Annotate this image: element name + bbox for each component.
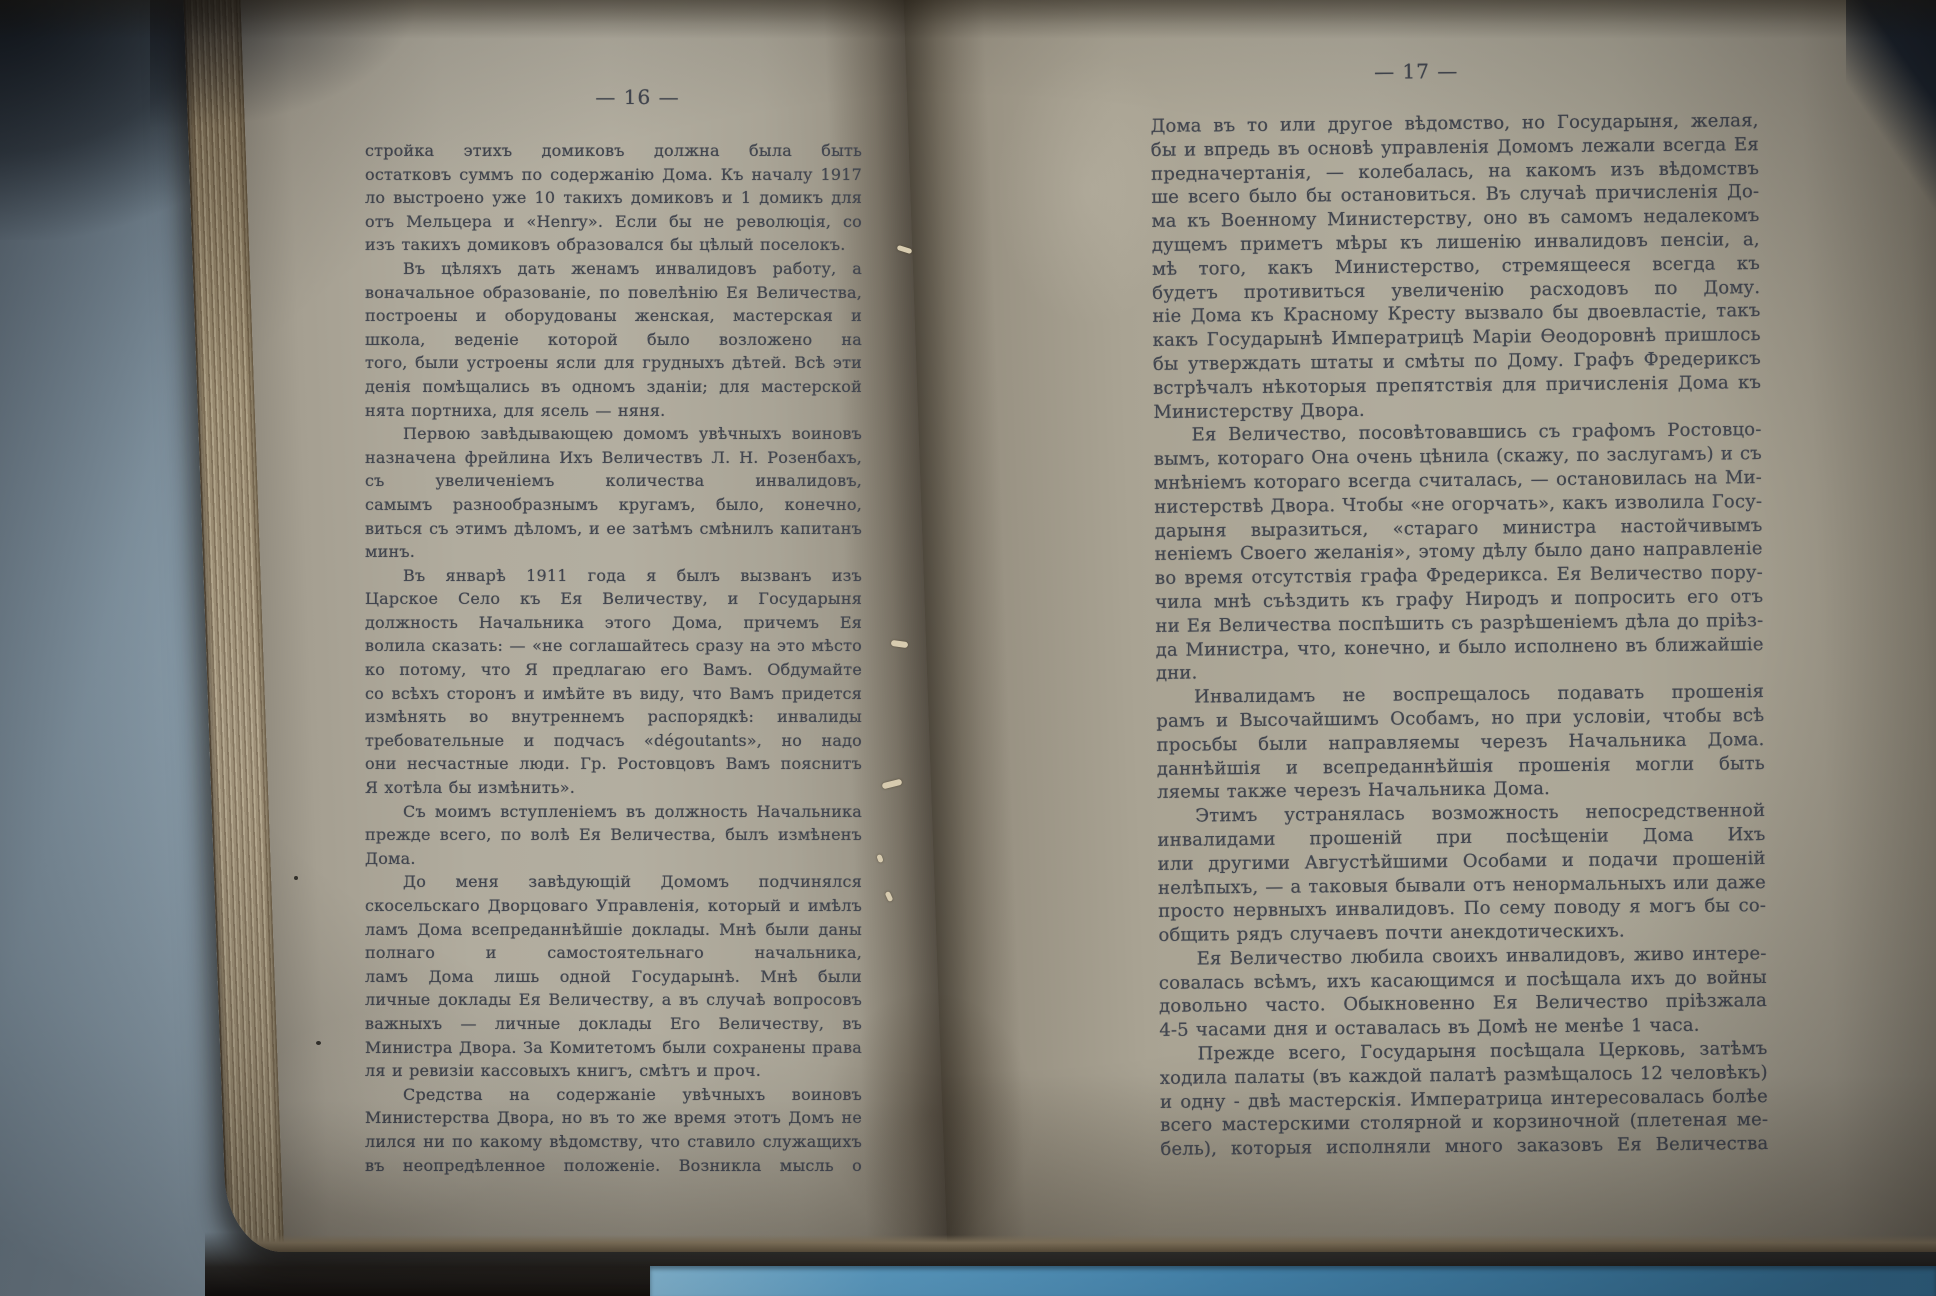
text-line: лился ни по какому вѣдомству, что ставил… [365, 1130, 862, 1154]
text-line: того, были устроены ясли для грудныхъ дѣ… [365, 351, 862, 375]
text-line: волила сказать: — «не соглашайтесь сразу… [365, 634, 862, 658]
background-corner-top-right [1846, 0, 1936, 215]
page-17: — 17 — Дома въ то или другое вѣдомство, … [1150, 55, 1769, 1162]
text-line: должность Начальника этого Дома, причемъ… [365, 611, 862, 635]
page-17-text: Дома въ то или другое вѣдомство, но Госу… [1151, 109, 1769, 1162]
text-line: назначена фрейлина Ихъ Величествъ Л. Н. … [365, 446, 862, 470]
text-line: полнаго и самостоятельнаго начальника, п… [365, 941, 862, 965]
page-16-number: — 16 — [389, 84, 886, 110]
text-line: Я хотѣла бы измѣнить». [365, 776, 862, 800]
text-line: изъ такихъ домиковъ образовался бы цѣлый… [365, 233, 862, 257]
page-17-number: — 17 — [1374, 58, 1494, 85]
text-line: Царское Село къ Ея Величеству, и Государ… [365, 587, 862, 611]
text-line: школа, веденіе которой было возложено на… [365, 328, 862, 352]
text-line: Въ январѣ 1911 года я былъ вызванъ изъ П… [365, 564, 862, 588]
text-line: До меня завѣдующій Домомъ подчинялся нач… [365, 870, 862, 894]
text-line: минъ. [365, 540, 862, 564]
text-line: ло выстроено уже 10 такихъ домиковъ и 1 … [365, 186, 862, 210]
text-line: съ увеличеніемъ количества инвалидовъ, п… [365, 469, 862, 493]
text-line: личные доклады Ея Величеству, а въ случа… [365, 988, 862, 1012]
text-line: построены и оборудованы женская, мастерс… [365, 304, 862, 328]
text-line: Въ цѣляхъ дать женамъ инвалидовъ работу,… [365, 257, 862, 281]
text-line: они несчастные люди. Гр. Ростовцовъ Вамъ… [365, 752, 862, 776]
text-line: прежде всего, по волѣ Ея Величества, был… [365, 823, 862, 847]
text-line: Первою завѣдывающею домомъ увѣчныхъ воин… [365, 422, 862, 446]
text-line: ламъ Дома всепреданнѣйшіе доклады. Мнѣ б… [365, 918, 862, 942]
text-line: ламъ Дома лишь одной Государынѣ. Мнѣ был… [365, 965, 862, 989]
text-line: стройка этихъ домиковъ должна была быть … [365, 139, 862, 163]
text-line: измѣнять во внутреннемъ распорядкѣ: инва… [365, 705, 862, 729]
text-line: нята портниха, для ясель — няня. [365, 399, 862, 423]
text-line: скосельскаго Дворцоваго Управленія, кото… [365, 894, 862, 918]
text-line: со всѣхъ сторонъ и имѣйте въ виду, что В… [365, 682, 862, 706]
text-line: ля и ревизіи кассовыхъ книгъ, смѣтъ и пр… [365, 1059, 862, 1083]
book-photo: — 16 — стройка этихъ домиковъ должна был… [0, 0, 1936, 1296]
text-line: остатковъ суммъ по содержанію Дома. Къ н… [365, 163, 862, 187]
text-line: Дома. [365, 847, 862, 871]
text-line: Министра Двора. За Комитетомъ были сохра… [365, 1036, 862, 1060]
text-line: воначальное образованіе, по повелѣнію Ея… [365, 281, 862, 305]
text-line: виться съ этимъ дѣломъ, и ее затѣмъ смѣн… [365, 517, 862, 541]
text-line: Средства на содержаніе увѣчныхъ воиновъ … [365, 1083, 862, 1107]
page-16-text: стройка этихъ домиковъ должна была быть … [365, 139, 862, 1177]
table-edge-strip [650, 1266, 1936, 1296]
text-line: требовательные и подчасъ «dégoutants», н… [365, 729, 862, 753]
text-line: Министерства Двора, но въ то же время эт… [365, 1106, 862, 1130]
text-line: отъ Мельцера и «Henry». Если бы не револ… [365, 210, 862, 234]
text-line: самымъ разнообразнымъ кругамъ, было, кон… [365, 493, 862, 517]
text-line: важныхъ — личные доклады Его Величеству,… [365, 1012, 862, 1036]
text-line: въ неопредѣленное положеніе. Возникла мы… [365, 1154, 862, 1178]
ink-speck [316, 1041, 321, 1045]
text-line: ко потому, что Я предлагаю его Вамъ. Обд… [365, 658, 862, 682]
text-line: денія помѣщались въ одномъ зданіи; для м… [365, 375, 862, 399]
page-16: — 16 — стройка этихъ домиковъ должна был… [365, 84, 862, 1177]
text-line: Съ моимъ вступленіемъ въ должность Начал… [365, 800, 862, 824]
book-bottom-edge [227, 1235, 1936, 1252]
ink-speck [294, 876, 298, 880]
